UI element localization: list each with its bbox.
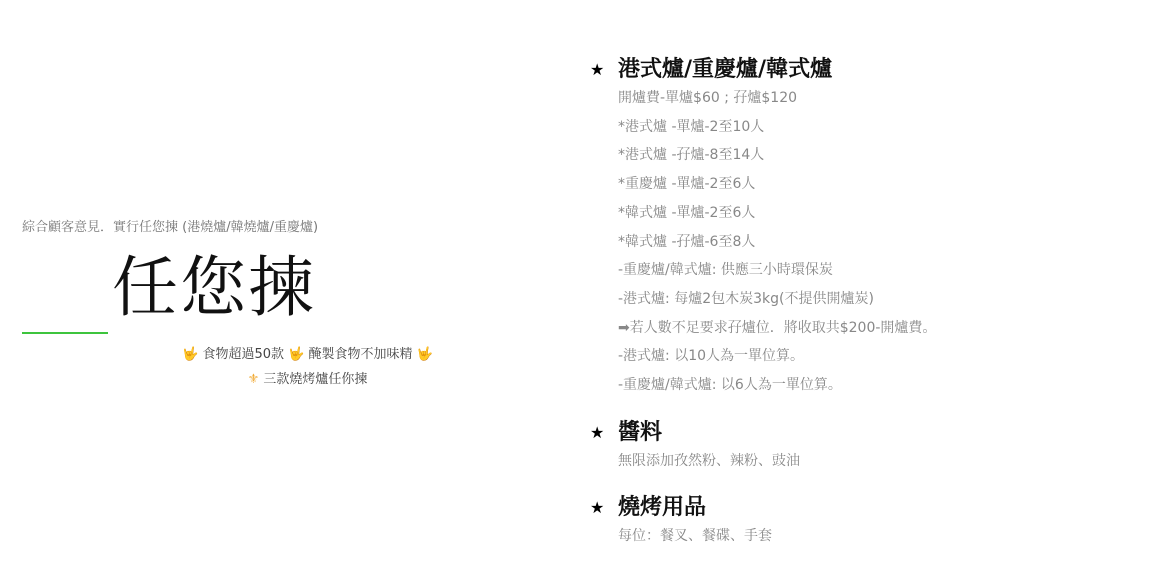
list-item: 開爐費-單爐$60 ; 孖爐$120: [618, 84, 936, 113]
list-item: ➡若人數不足要求孖爐位．將收取共$200-開爐費。: [618, 314, 936, 343]
section-items: 每位：餐叉、餐碟、手套: [618, 522, 772, 551]
section-sauces: ★ 醬料 無限添加孜然粉、辣粉、豉油: [590, 419, 800, 476]
section-items: 開爐費-單爐$60 ; 孖爐$120 *港式爐 -單爐-2至10人 *港式爐 -…: [618, 84, 936, 400]
hand-sign-icon: 🤟: [288, 347, 304, 362]
star-icon: ★: [590, 498, 608, 518]
section-bbq-supplies: ★ 燒烤用品 每位：餐叉、餐碟、手套: [590, 494, 772, 551]
hand-sign-icon: 🤟: [417, 347, 433, 362]
list-item: *港式爐 -孖爐-8至14人: [618, 141, 936, 170]
feature-text: 醃製食物不加味精: [309, 347, 413, 362]
intro-subtitle: 綜合顧客意見．實行任您揀 (港燒爐/韓燒爐/重慶爐): [22, 216, 318, 235]
list-item: *重慶爐 -單爐-2至6人: [618, 170, 936, 199]
list-item: -港式爐: 以10人為一單位算。: [618, 342, 936, 371]
list-item: -重慶爐/韓式爐: 以6人為一單位算。: [618, 371, 936, 400]
section-title: 燒烤用品: [618, 494, 706, 522]
list-item: 每位：餐叉、餐碟、手套: [618, 522, 772, 551]
list-item: -港式爐: 每爐2包木炭3kg(不提供開爐炭): [618, 285, 936, 314]
hand-sign-icon: 🤟: [182, 347, 198, 362]
list-item: *韓式爐 -孖爐-6至8人: [618, 228, 936, 257]
star-icon: ★: [590, 423, 608, 443]
feature-text: 食物超過50款: [202, 347, 284, 362]
section-title: 港式爐/重慶爐/韓式爐: [618, 56, 832, 84]
list-item: *港式爐 -單爐-2至10人: [618, 113, 936, 142]
section-title: 醬料: [618, 419, 662, 447]
page-title: 任您揀: [112, 248, 316, 328]
list-item: -重慶爐/韓式爐: 供應三小時環保炭: [618, 256, 936, 285]
accent-divider: [22, 332, 108, 334]
feature-line-2: ⚜ 三款燒烤爐任你揀: [0, 368, 615, 387]
fleur-de-lis-icon: ⚜: [248, 372, 260, 387]
section-grills: ★ 港式爐/重慶爐/韓式爐 開爐費-單爐$60 ; 孖爐$120 *港式爐 -單…: [590, 56, 936, 400]
list-item: *韓式爐 -單爐-2至6人: [618, 199, 936, 228]
section-items: 無限添加孜然粉、辣粉、豉油: [618, 447, 800, 476]
star-icon: ★: [590, 60, 608, 80]
intro-panel: 綜合顧客意見．實行任您揀 (港燒爐/韓燒爐/重慶爐) 任您揀 🤟 食物超過50款…: [0, 0, 580, 582]
feature-line-1: 🤟 食物超過50款 🤟 醃製食物不加味精 🤟: [0, 343, 615, 362]
list-item: 無限添加孜然粉、辣粉、豉油: [618, 447, 800, 476]
feature-text: 三款燒烤爐任你揀: [263, 372, 367, 387]
